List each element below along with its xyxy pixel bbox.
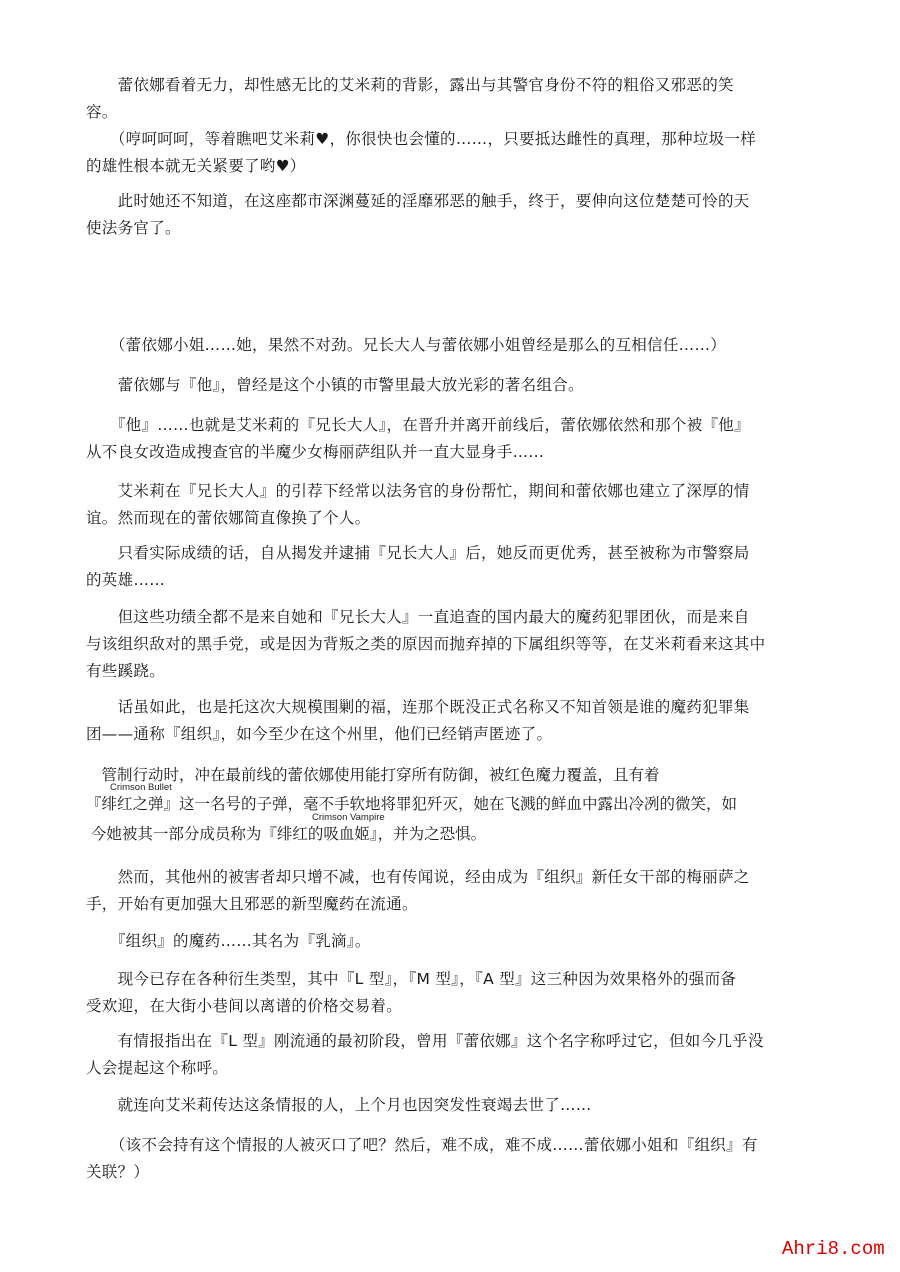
- paragraph: 『组织』的魔药……其名为『乳滴』。: [86, 928, 786, 955]
- paragraph: 『他』……也就是艾米莉的『兄长大人』，在晋升并离开前线后，蕾依娜依然和那个被『他…: [86, 412, 786, 466]
- ruby-paragraph-line: 管制行动时，冲在最前线的蕾依娜使用能打穿所有防御，被红色魔力覆盖，且有着: [86, 764, 806, 786]
- paragraph: 蕾依娜看着无力，却性感无比的艾米莉的背影，露出与其警官身份不符的粗俗又邪恶的笑 …: [86, 72, 786, 126]
- paragraph: （蕾依娜小姐……她，果然不对劲。兄长大人与蕾依娜小姐曾经是那么的互相信任……）: [86, 332, 786, 359]
- paragraph: 蕾依娜与『他』，曾经是这个小镇的市警里最大放光彩的著名组合。: [86, 372, 786, 399]
- document-page: 蕾依娜看着无力，却性感无比的艾米莉的背影，露出与其警官身份不符的粗俗又邪恶的笑 …: [0, 0, 900, 1272]
- paragraph: 现今已存在各种衍生类型，其中『L 型』，『M 型』，『A 型』这三种因为效果格外…: [86, 966, 786, 1020]
- paragraph: 此时她还不知道，在这座都市深渊蔓延的淫靡邪恶的触手，终于，要伸向这位楚楚可怜的天…: [86, 188, 786, 242]
- ruby-paragraph-line: 今她被其一部分成员称为『绯红的吸血姬』，并为之恐惧。: [86, 823, 806, 845]
- paragraph: 只看实际成绩的话，自从揭发并逮捕『兄长大人』后，她反而更优秀，甚至被称为市警察局…: [86, 540, 786, 594]
- ruby-paragraph-line: 『绯红之弹』这一名号的子弹，毫不手软地将罪犯歼灭，她在飞溅的鲜血中露出冷冽的微笑…: [86, 793, 806, 815]
- paragraph: （哼呵呵呵，等着瞧吧艾米莉♥，你很快也会懂的……，只要抵达雌性的真理，那种垃圾一…: [86, 126, 786, 180]
- ruby-annotation: Crimson Vampire: [312, 812, 385, 823]
- ruby-annotation: Crimson Bullet: [110, 782, 172, 793]
- paragraph: 然而，其他州的被害者却只增不减，也有传闻说，经由成为『组织』新任女干部的梅丽萨之…: [86, 864, 786, 918]
- paragraph: 话虽如此，也是托这次大规模围剿的福，连那个既没正式名称又不知首领是谁的魔药犯罪集…: [86, 694, 786, 748]
- watermark: Ahri8.com: [782, 1238, 885, 1260]
- paragraph: 艾米莉在『兄长大人』的引荐下经常以法务官的身份帮忙，期间和蕾依娜也建立了深厚的情…: [86, 478, 786, 532]
- paragraph: 就连向艾米莉传达这条情报的人，上个月也因突发性衰竭去世了……: [86, 1092, 786, 1119]
- paragraph: 但这些功绩全都不是来自她和『兄长大人』一直追查的国内最大的魔药犯罪团伙，而是来自…: [86, 604, 786, 685]
- paragraph: 有情报指出在『L 型』刚流通的最初阶段，曾用『蕾依娜』这个名字称呼过它，但如今几…: [86, 1028, 786, 1082]
- paragraph: （该不会持有这个情报的人被灭口了吧？然后，难不成，难不成……蕾依娜小姐和『组织』…: [86, 1132, 786, 1186]
